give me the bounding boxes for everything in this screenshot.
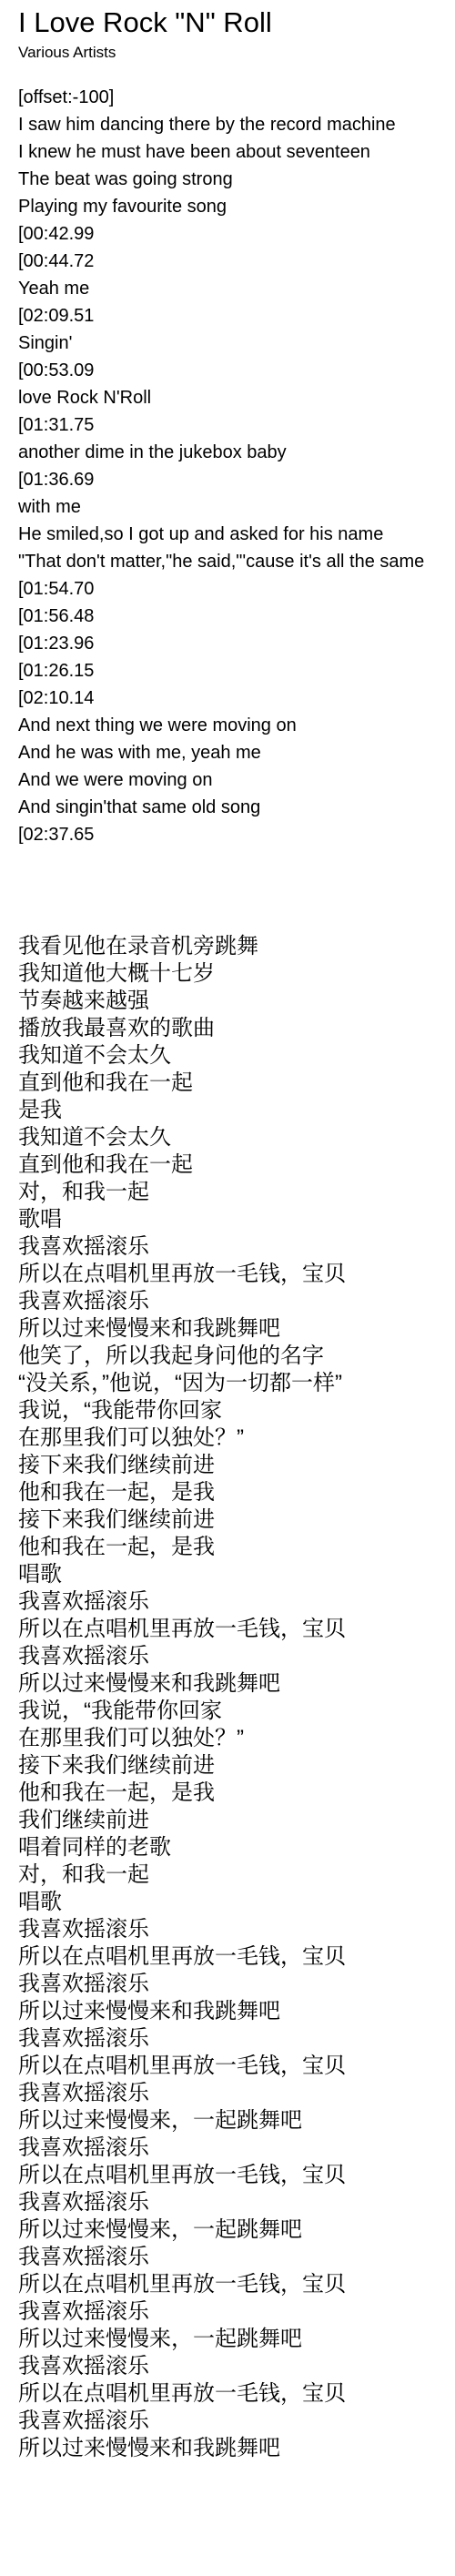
lyric-line: 所以在点唱机里再放一毛钱，宝贝 [18, 1943, 455, 1971]
lyrics-page: I Love Rock "N" Roll Various Artists [of… [0, 0, 455, 2462]
lyric-line: 所以过来慢慢来，一起跳舞吧 [18, 2216, 455, 2244]
lyric-line: 在那里我们可以独处？” [18, 1425, 455, 1452]
lyric-line: [00:53.09 [18, 357, 455, 384]
lyric-line: 唱歌 [18, 1561, 455, 1588]
lyric-line: 在那里我们可以独处？” [18, 1725, 455, 1752]
lyric-line: 我知道不会太久 [18, 1124, 455, 1151]
lyric-line: 接下来我们继续前进 [18, 1452, 455, 1479]
lyric-line: Yeah me [18, 275, 455, 302]
lyric-line: 我喜欢摇滚乐 [18, 2244, 455, 2271]
lyric-line: 所以在点唱机里再放一毛钱，宝贝 [18, 2053, 455, 2080]
lyric-line: 接下来我们继续前进 [18, 1752, 455, 1780]
lyric-line: [02:10.14 [18, 685, 455, 712]
lyric-line: [01:54.70 [18, 575, 455, 603]
lyric-line: 所以过来慢慢来和我跳舞吧 [18, 2435, 455, 2462]
lyric-line: 所以在点唱机里再放一毛钱，宝贝 [18, 1261, 455, 1288]
lyric-line: 我喜欢摇滚乐 [18, 1288, 455, 1315]
lyric-line: [01:23.96 [18, 630, 455, 657]
lyric-line: [02:37.65 [18, 821, 455, 848]
lyric-line: 我喜欢摇滚乐 [18, 2189, 455, 2216]
lyric-line: 我知道不会太久 [18, 1042, 455, 1070]
lyric-line: "That don't matter,"he said,"'cause it's… [18, 548, 455, 575]
lyric-line: 所以过来慢慢来，一起跳舞吧 [18, 2107, 455, 2135]
lyric-line: another dime in the jukebox baby [18, 439, 455, 466]
lyric-line: 我喜欢摇滚乐 [18, 2408, 455, 2435]
lyric-line: 直到他和我在一起 [18, 1070, 455, 1097]
lyric-line: The beat was going strong [18, 166, 455, 193]
lyric-line: “没关系，”他说，“因为一切都一样” [18, 1370, 455, 1397]
lyric-line: 我喜欢摇滚乐 [18, 1916, 455, 1943]
lyric-line: 我喜欢摇滚乐 [18, 1233, 455, 1261]
lyric-line: 我喜欢摇滚乐 [18, 2025, 455, 2053]
chinese-lyrics-section: 我看见他在录音机旁跳舞我知道他大概十七岁节奏越来越强播放我最喜欢的歌曲我知道不会… [18, 933, 455, 2462]
lyric-line: 我喜欢摇滚乐 [18, 2080, 455, 2107]
lyric-line: [01:26.15 [18, 657, 455, 685]
lyric-line: 我说，“我能带你回家 [18, 1698, 455, 1725]
english-lyrics-section: [offset:-100]I saw him dancing there by … [18, 84, 455, 848]
lyric-line: with me [18, 493, 455, 521]
lyric-line: 我喜欢摇滚乐 [18, 1588, 455, 1616]
lyric-line: 他和我在一起，是我 [18, 1534, 455, 1561]
lyric-line: Playing my favourite song [18, 193, 455, 220]
lyric-line: 我们继续前进 [18, 1807, 455, 1834]
lyric-line: 我说，“我能带你回家 [18, 1397, 455, 1425]
lyric-line: [01:31.75 [18, 411, 455, 439]
lyric-line: [01:56.48 [18, 603, 455, 630]
lyric-line: He smiled,so I got up and asked for his … [18, 521, 455, 548]
lyric-line: I knew he must have been about seventeen [18, 138, 455, 166]
lyric-line: 唱着同样的老歌 [18, 1834, 455, 1861]
lyric-line: love Rock N'Roll [18, 384, 455, 411]
lyric-line: 我知道他大概十七岁 [18, 960, 455, 988]
lyric-line: And singin'that same old song [18, 794, 455, 821]
lyric-line: Singin' [18, 330, 455, 357]
lyric-line: 节奏越来越强 [18, 988, 455, 1015]
lyric-line: 直到他和我在一起 [18, 1151, 455, 1179]
artist-name: Various Artists [18, 43, 455, 63]
lyric-line: 播放我最喜欢的歌曲 [18, 1015, 455, 1042]
song-title: I Love Rock "N" Roll [18, 5, 455, 40]
lyric-line: 所以过来慢慢来和我跳舞吧 [18, 1670, 455, 1698]
lyric-line: [02:09.51 [18, 302, 455, 330]
lyric-line: 歌唱 [18, 1206, 455, 1233]
lyric-line: 对，和我一起 [18, 1861, 455, 1889]
lyric-line: 是我 [18, 1097, 455, 1124]
lyric-line: 接下来我们继续前进 [18, 1506, 455, 1534]
lyric-line: 他和我在一起，是我 [18, 1479, 455, 1506]
lyric-line: 唱歌 [18, 1889, 455, 1916]
lyric-line: [00:44.72 [18, 248, 455, 275]
lyric-line: 他和我在一起，是我 [18, 1780, 455, 1807]
lyric-line: 所以过来慢慢来和我跳舞吧 [18, 1315, 455, 1343]
lyric-line: 我喜欢摇滚乐 [18, 1971, 455, 1998]
lyric-line: And he was with me, yeah me [18, 739, 455, 766]
lyric-line: 所以过来慢慢来和我跳舞吧 [18, 1998, 455, 2025]
lyric-line: [offset:-100] [18, 84, 455, 111]
lyric-line: 我喜欢摇滚乐 [18, 1643, 455, 1670]
lyric-line: [00:42.99 [18, 220, 455, 248]
lyric-line: 所以过来慢慢来，一起跳舞吧 [18, 2326, 455, 2353]
lyric-line: 我看见他在录音机旁跳舞 [18, 933, 455, 960]
lyric-line: 我喜欢摇滚乐 [18, 2135, 455, 2162]
lyric-line: 我喜欢摇滚乐 [18, 2298, 455, 2326]
lyric-line: [01:36.69 [18, 466, 455, 493]
lyric-line: 我喜欢摇滚乐 [18, 2353, 455, 2380]
lyric-line: 所以在点唱机里再放一毛钱，宝贝 [18, 2271, 455, 2298]
lyric-line: And next thing we were moving on [18, 712, 455, 739]
lyric-line: 所以在点唱机里再放一毛钱，宝贝 [18, 2162, 455, 2189]
lyric-line: I saw him dancing there by the record ma… [18, 111, 455, 138]
lyric-line: 他笑了，所以我起身问他的名字 [18, 1343, 455, 1370]
lyric-line: 所以在点唱机里再放一毛钱，宝贝 [18, 2380, 455, 2408]
lyric-line: 对，和我一起 [18, 1179, 455, 1206]
lyric-line: 所以在点唱机里再放一毛钱，宝贝 [18, 1616, 455, 1643]
lyric-line: And we were moving on [18, 766, 455, 794]
